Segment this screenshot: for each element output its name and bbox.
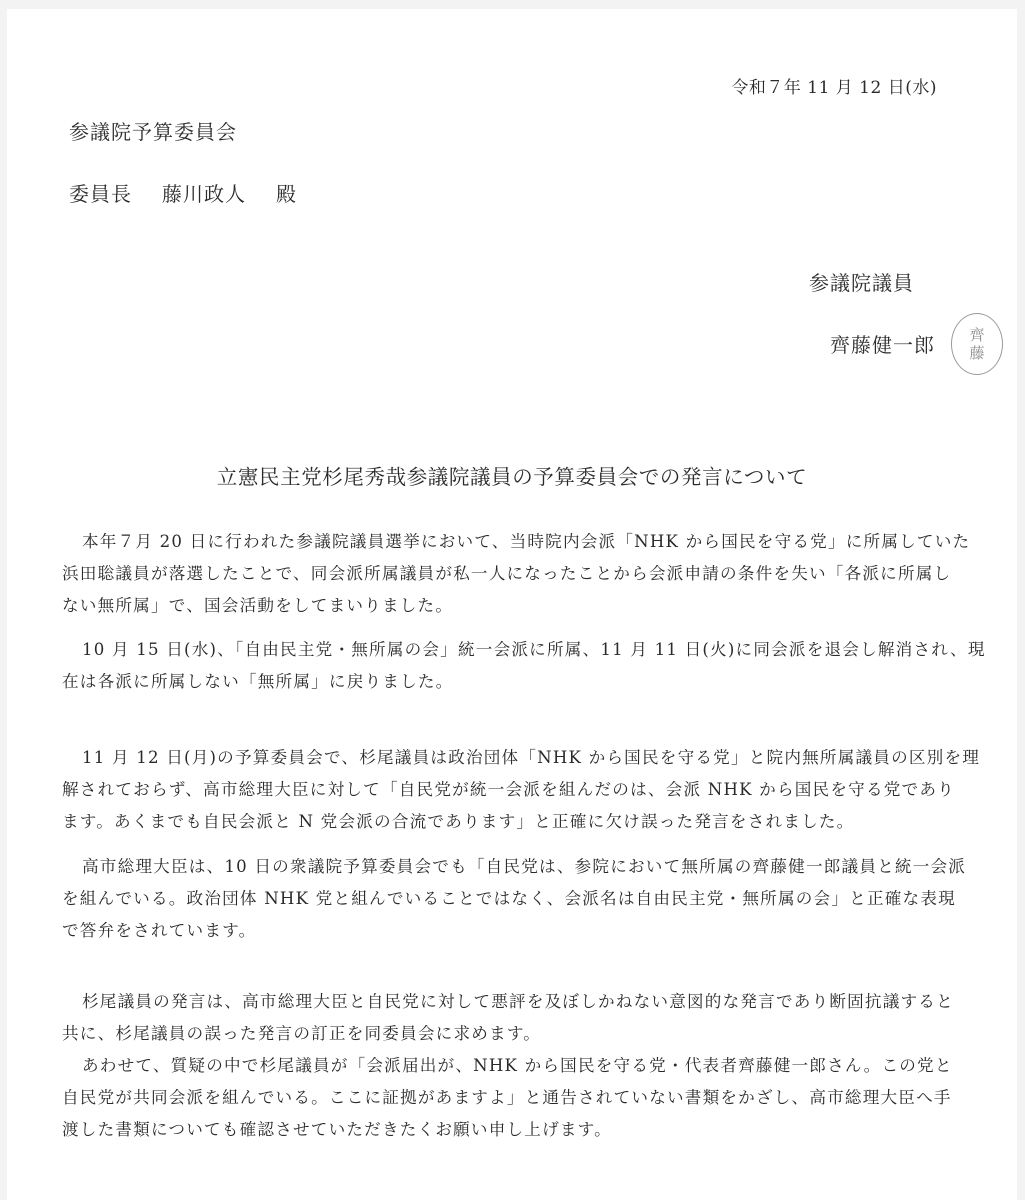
paragraph-line: 高市総理大臣は、10 日の衆議院予算委員会でも「自民党は、参院において無所属の齊… — [62, 851, 967, 883]
paragraph-line: ない無所属」で、国会活動をしてまいりました。 — [62, 590, 967, 622]
seal-char-1: 齊 — [969, 326, 984, 344]
seal-stamp-icon: 齊 藤 — [951, 313, 1003, 375]
paragraph-5: 杉尾議員の発言は、高市総理大臣と自民党に対して悪評を及ぼしかねない意図的な発言で… — [62, 986, 967, 1146]
document-page: 令和７年 11 月 12 日(水) 参議院予算委員会 委員長藤川政人殿 参議院議… — [7, 9, 1017, 1200]
paragraph-line: で答弁をされています。 — [62, 915, 967, 947]
addressee-name: 藤川政人 — [162, 178, 246, 207]
paragraph-2: 10 月 15 日(水)、「自由民主党・無所属の会」統一会派に所属、11 月 1… — [62, 634, 967, 698]
paragraph-line: あわせて、質疑の中で杉尾議員が「会派届出が、NHK から国民を守る党・代表者齊藤… — [62, 1050, 967, 1082]
sender-title: 参議院議員 — [809, 267, 914, 296]
addressee-honorific: 殿 — [276, 178, 297, 207]
paragraph-line: 在は各派に所属しない「無所属」に戻りました。 — [62, 666, 967, 698]
addressee-committee: 参議院予算委員会 — [69, 116, 237, 145]
paragraph-line: 自民党が共同会派を組んでいる。ここに証拠があますよ」と通告されていない書類をかざ… — [62, 1082, 967, 1114]
seal-char-2: 藤 — [969, 344, 984, 362]
document-date: 令和７年 11 月 12 日(水) — [731, 73, 937, 98]
paragraph-line: 浜田聡議員が落選したことで、同会派所属議員が私一人になったことから会派申請の条件… — [62, 558, 967, 590]
addressee-line: 委員長藤川政人殿 — [69, 178, 297, 207]
paragraph-line: を組んでいる。政治団体 NHK 党と組んでいることではなく、会派名は自由民主党・… — [62, 883, 967, 915]
paragraph-line: 11 月 12 日(月)の予算委員会で、杉尾議員は政治団体「NHK から国民を守… — [62, 742, 967, 774]
paragraph-line: 10 月 15 日(水)、「自由民主党・無所属の会」統一会派に所属、11 月 1… — [62, 634, 967, 666]
addressee-role: 委員長 — [69, 178, 132, 207]
paragraph-1: 本年７月 20 日に行われた参議院議員選挙において、当時院内会派「NHK から国… — [62, 526, 967, 622]
paragraph-line: 渡した書類についても確認させていただきたくお願い申し上げます。 — [62, 1114, 967, 1146]
paragraph-line: 本年７月 20 日に行われた参議院議員選挙において、当時院内会派「NHK から国… — [62, 526, 967, 558]
document-subject: 立憲民主党杉尾秀哉参議院議員の予算委員会での発言について — [7, 460, 1017, 490]
sender-name: 齊藤健一郎 — [830, 329, 935, 358]
paragraph-3: 11 月 12 日(月)の予算委員会で、杉尾議員は政治団体「NHK から国民を守… — [62, 742, 967, 838]
paragraph-line: 解されておらず、高市総理大臣に対して「自民党が統一会派を組んだのは、会派 NHK… — [62, 774, 967, 806]
paragraph-line: 杉尾議員の発言は、高市総理大臣と自民党に対して悪評を及ぼしかねない意図的な発言で… — [62, 986, 967, 1018]
paragraph-4: 高市総理大臣は、10 日の衆議院予算委員会でも「自民党は、参院において無所属の齊… — [62, 851, 967, 947]
paragraph-line: ます。あくまでも自民会派と N 党会派の合流であります」と正確に欠け誤った発言を… — [62, 806, 967, 838]
paragraph-line: 共に、杉尾議員の誤った発言の訂正を同委員会に求めます。 — [62, 1018, 967, 1050]
